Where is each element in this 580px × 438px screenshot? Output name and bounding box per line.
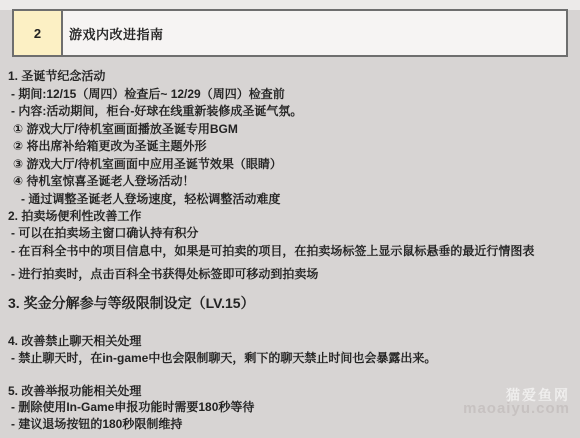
watermark: 猫爱鱼网 maoaiyu.com <box>463 388 570 416</box>
line-item-2-supply-box: ② 将出席补给箱更改为圣诞主题外形 <box>13 139 207 153</box>
section-5-heading: 5. 改善举报功能相关处理 <box>8 384 141 398</box>
line-item-3-effect: ③ 游戏大厅/待机室画面中应用圣诞节效果（眼睛） <box>13 157 282 171</box>
patch-notes-page: 2 游戏内改进指南 1. 圣诞节纪念活动 - 期间:12/15（周四）检查后~ … <box>0 0 580 438</box>
line-item-1-bgm: ① 游戏大厅/待机室画面播放圣诞专用BGM <box>13 122 238 136</box>
section-1-heading: 1. 圣诞节纪念活动 <box>8 69 105 83</box>
section-header-table: 2 游戏内改进指南 <box>12 9 568 57</box>
line-report-wait: - 删除使用In-Game申报功能时需要180秒等待 <box>11 400 254 414</box>
line-auction-move: - 进行拍卖时，点击百科全书获得处标签即可移动到拍卖场 <box>11 267 318 281</box>
line-chat-ban: - 禁止聊天时，在in-game中也会限制聊天，剩下的聊天禁止时间也会暴露出来。 <box>11 351 436 365</box>
line-event-content: - 内容:活动期间，柜台-好球在线重新装修成圣诞气氛。 <box>11 104 302 118</box>
line-item-4-santa: ④ 待机室惊喜圣诞老人登场活动！ <box>13 174 195 188</box>
line-auction-points: - 可以在拍卖场主窗口确认持有积分 <box>11 226 198 240</box>
section-2-heading: 2. 拍卖场便利性改善工作 <box>8 209 141 223</box>
section-number-cell: 2 <box>14 11 63 55</box>
watermark-site-url: maoaiyu.com <box>463 402 570 416</box>
line-santa-difficulty: - 通过调整圣诞老人登场速度，轻松调整活动难度 <box>21 192 280 206</box>
section-title-cell: 游戏内改进指南 <box>63 11 566 55</box>
line-exit-button-limit: - 建议退场按钮的180秒限制维持 <box>11 417 182 431</box>
section-4-heading: 4. 改善禁止聊天相关处理 <box>8 334 141 348</box>
line-encyclopedia-chart: - 在百科全书中的项目信息中，如果是可拍卖的项目，在拍卖场标签上显示鼠标悬垂的最… <box>11 244 534 258</box>
section-3-heading: 3. 奖金分解参与等级限制设定（LV.15） <box>8 296 255 310</box>
line-event-period: - 期间:12/15（周四）检查后~ 12/29（周四）检查前 <box>11 87 285 101</box>
